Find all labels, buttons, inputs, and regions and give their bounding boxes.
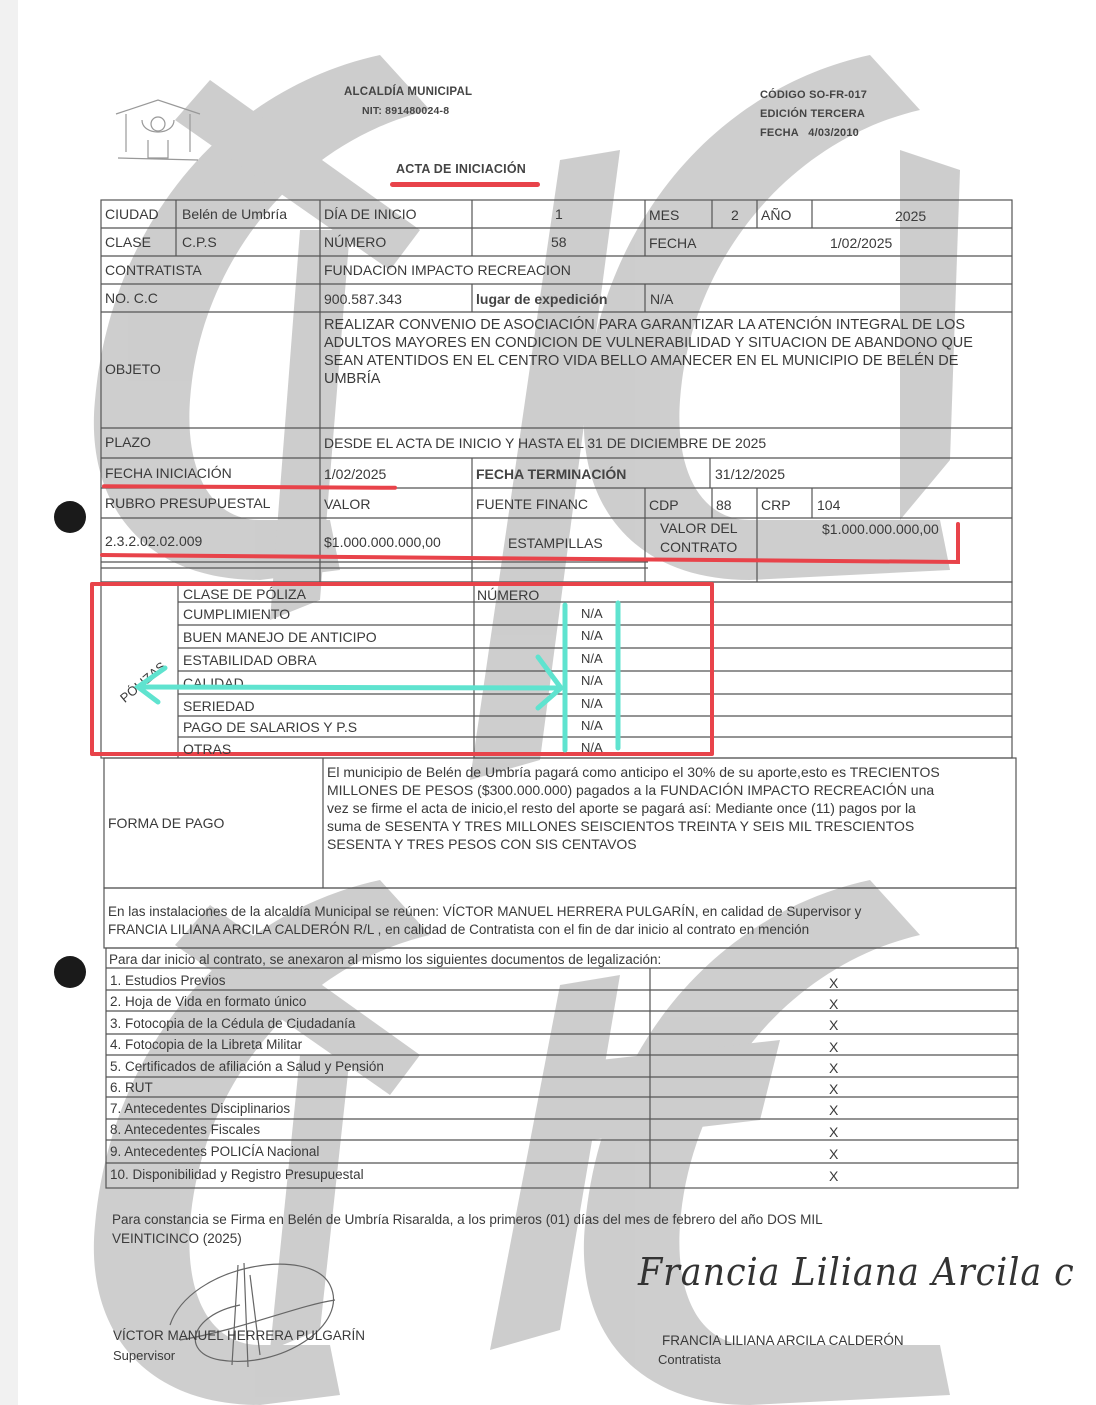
forma-pago-line: suma de SESENTA Y TRES MILLONES SEISCIEN… [327,817,940,835]
documento-check: X [829,1146,838,1162]
fuente-label: FUENTE FINANC [476,496,588,512]
documento-item: 9. Antecedentes POLICÍA Nacional [110,1144,319,1159]
documento-item: 6. RUT [110,1080,153,1095]
double-arrow-annotation [120,600,640,755]
form-code: CÓDIGO SO-FR-017 [760,89,867,101]
supervisor-signature [160,1245,350,1375]
clase-label: CLASE [105,234,151,250]
supervisor-name: VÍCTOR MANUEL HERRERA PULGARÍN [113,1328,365,1343]
numero-label: NÚMERO [324,234,386,250]
cdp-value: 88 [716,497,732,513]
documento-check: X [829,1102,838,1118]
entity-name: ALCALDÍA MUNICIPAL [344,86,472,98]
documento-item: 10. Disponibilidad y Registro Presupuest… [110,1167,364,1182]
forma-pago-line: El municipio de Belén de Umbría pagará c… [327,763,940,781]
entity-nit: NIT: 891480024-8 [362,105,449,117]
reunion-line: FRANCIA LILIANA ARCILA CALDERÓN R/L , en… [108,921,861,939]
documento-item: 3. Fotocopia de la Cédula de Ciudadanía [110,1016,355,1031]
documento-item: 4. Fotocopia de la Libreta Militar [110,1037,302,1052]
fecha-underline-annotation [102,484,397,490]
plazo-value: DESDE EL ACTA DE INICIO Y HASTA EL 31 DE… [324,435,766,451]
objeto-value: REALIZAR CONVENIO DE ASOCIACIÓN PARA GAR… [324,316,994,388]
constancia-text: Para constancia se Firma en Belén de Umb… [112,1210,823,1248]
forma-pago-label: FORMA DE PAGO [108,815,224,831]
valor-label: VALOR [324,496,370,512]
ciudad-label: CIUDAD [105,206,159,222]
documentos-intro: Para dar inicio al contrato, se anexaron… [109,952,661,967]
dia-inicio-value: 1 [555,206,563,222]
crp-label: CRP [761,497,791,513]
documento-check: X [829,1168,838,1184]
cdp-label: CDP [649,497,679,513]
document-title: ACTA DE INICIACIÓN [396,162,526,176]
crp-value: 104 [817,497,840,513]
forma-pago-line: SESENTA Y TRES PESOS CON SIS CENTAVOS [327,835,940,853]
title-underline-annotation [390,182,540,187]
form-date: FECHA 4/03/2010 [760,127,859,139]
documento-check: X [829,996,838,1012]
nocc-label: NO. C.C [105,290,158,306]
dia-inicio-label: DÍA DE INICIO [324,206,417,222]
rubro-label: RUBRO PRESUPUESTAL [105,495,270,511]
reunion-line: En las instalaciones de la alcaldía Muni… [108,903,861,921]
contratista-signature: Francia Liliana Arcila c [638,1250,1075,1294]
supervisor-role: Supervisor [113,1348,175,1363]
contratista-role: Contratista [658,1352,721,1367]
reunion-text: En las instalaciones de la alcaldía Muni… [108,903,861,939]
clase-value: C.P.S [182,234,217,250]
documento-item: 7. Antecedentes Disciplinarios [110,1101,290,1116]
fecha-iniciacion-value: 1/02/2025 [324,466,386,482]
contratista-label: CONTRATISTA [105,262,202,278]
documento-item: 2. Hoja de Vida en formato único [110,994,306,1009]
numero-value: 58 [551,234,567,250]
documento-check: X [829,975,838,991]
forma-pago-text: El municipio de Belén de Umbría pagará c… [327,763,940,853]
fecha-terminacion-label: FECHA TERMINACIÓN [476,466,626,482]
fecha-value: 1/02/2025 [830,235,892,251]
lugar-label: lugar de expedición [476,291,607,307]
plazo-label: PLAZO [105,434,151,450]
mes-value: 2 [731,207,739,223]
anio-label: AÑO [761,207,791,223]
forma-pago-line: vez se firme el acta de inicio,el resto … [327,799,940,817]
documento-check: X [829,1081,838,1097]
documento-check: X [829,1060,838,1076]
contratista-name: FRANCIA LILIANA ARCILA CALDERÓN [662,1333,904,1348]
forma-pago-line: MILLONES DE PESOS ($300.000.000) pagados… [327,781,940,799]
form-edition: EDICIÓN TERCERA [760,108,865,120]
lugar-value: N/A [650,291,673,307]
bullet-marker [54,956,86,988]
documento-check: X [829,1017,838,1033]
documento-item: 1. Estudios Previos [110,973,226,988]
documento-item: 8. Antecedentes Fiscales [110,1122,260,1137]
documento-check: X [829,1039,838,1055]
objeto-label: OBJETO [105,361,161,377]
fecha-label: FECHA [649,235,696,251]
constancia-line: Para constancia se Firma en Belén de Umb… [112,1210,823,1229]
nocc-value: 900.587.343 [324,291,402,307]
mes-label: MES [649,207,679,223]
valor-highlight-annotation [100,520,970,570]
fecha-iniciacion-label: FECHA INICIACIÓN [105,465,232,481]
bullet-marker [54,501,86,533]
documento-check: X [829,1124,838,1140]
anio-value: 2025 [895,208,926,224]
contratista-value: FUNDACION IMPACTO RECREACION [324,262,571,278]
documento-item: 5. Certificados de afiliación a Salud y … [110,1059,384,1074]
fecha-terminacion-value: 31/12/2025 [715,466,785,482]
municipal-building-icon [112,96,204,166]
ciudad-value: Belén de Umbría [182,206,287,222]
